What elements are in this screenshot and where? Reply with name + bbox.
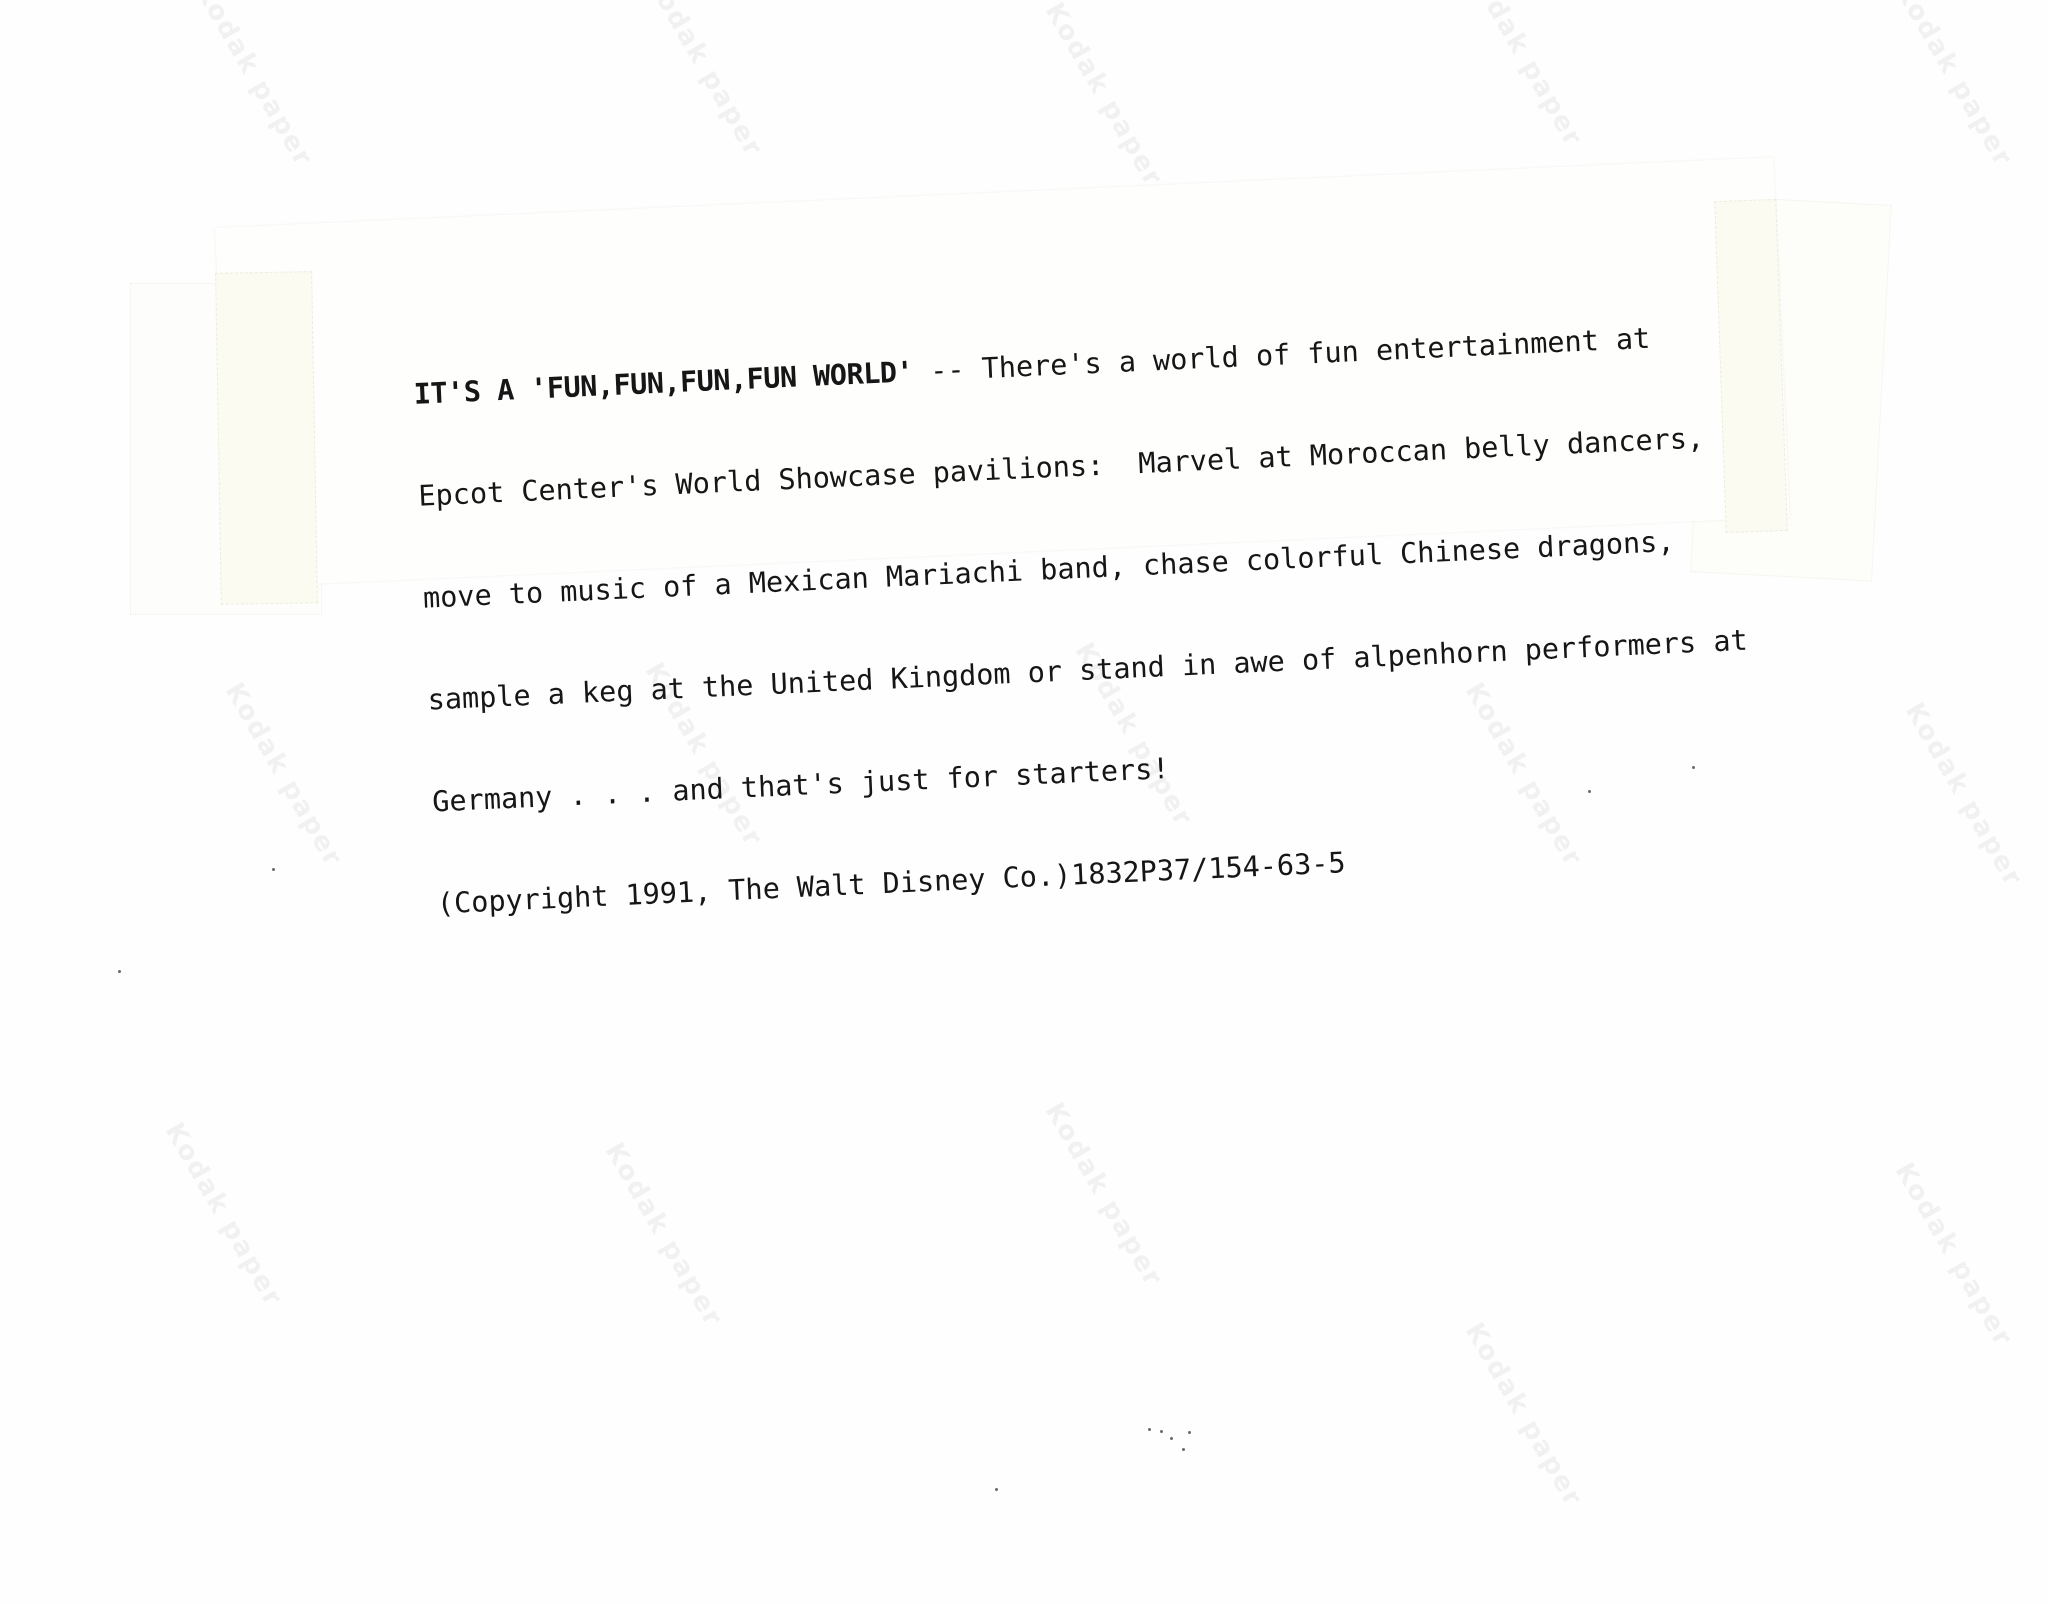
watermark-text: Kodak paper: [1899, 698, 2029, 893]
watermark-text: Kodak paper: [599, 1138, 729, 1333]
caption-line-1-text: -- There's a world of fun entertainment …: [912, 322, 1651, 388]
watermark-text: Kodak paper: [1039, 1098, 1169, 1293]
caption-text: IT'S A 'FUN,FUN,FUN,FUN WORLD' -- There'…: [410, 246, 1838, 955]
caption-line-1: IT'S A 'FUN,FUN,FUN,FUN WORLD' -- There'…: [413, 314, 1813, 411]
watermark-text: Kodak paper: [1889, 0, 2019, 172]
caption-copyright-line: (Copyright 1991, The Walt Disney Co.)183…: [436, 824, 1836, 921]
dust-speck: [118, 970, 121, 973]
caption-headline: IT'S A 'FUN,FUN,FUN,FUN WORLD': [413, 355, 914, 411]
dust-speck: [1182, 1448, 1185, 1451]
dust-speck: [1588, 790, 1591, 793]
caption-line-4: sample a keg at the United Kingdom or st…: [427, 620, 1827, 717]
dust-speck: [1170, 1437, 1173, 1440]
dust-speck: [1160, 1430, 1163, 1433]
watermark-text: Kodak paper: [639, 0, 769, 162]
dust-speck: [1692, 766, 1695, 769]
watermark-text: Kodak paper: [189, 0, 319, 172]
caption-line-3: move to music of a Mexican Mariachi band…: [422, 518, 1822, 615]
watermark-text: Kodak paper: [1039, 0, 1169, 192]
dust-speck: [995, 1488, 998, 1491]
caption-line-2: Epcot Center's World Showcase pavilions:…: [418, 416, 1818, 513]
watermark-text: Kodak paper: [159, 1118, 289, 1313]
caption-line-5: Germany . . . and that's just for starte…: [432, 722, 1832, 819]
watermark-text: Kodak paper: [1459, 0, 1589, 152]
watermark-text: Kodak paper: [1459, 1318, 1589, 1513]
watermark-text: Kodak paper: [1889, 1158, 2019, 1353]
dust-speck: [272, 868, 275, 871]
dust-speck: [1188, 1431, 1191, 1434]
watermark-text: Kodak paper: [219, 678, 349, 873]
tape-strip-left: [215, 271, 318, 605]
dust-speck: [1148, 1428, 1151, 1431]
